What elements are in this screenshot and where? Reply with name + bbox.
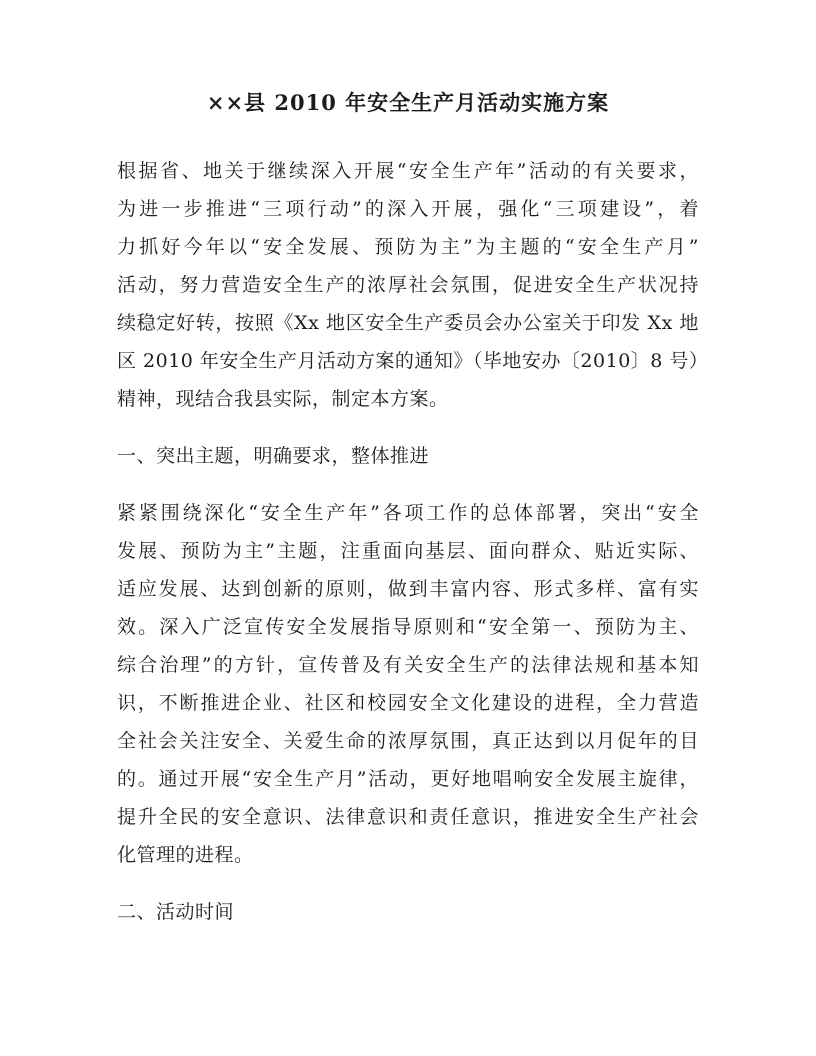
paragraph-line: 的。通过开展“安全生产月”活动，更好地唱响安全发展主旋律， xyxy=(117,760,699,798)
document-page: ××县 2010 年安全生产月活动实施方案 根据省、地关于继续深入开展“安全生产… xyxy=(0,0,816,1056)
paragraph-line: 力抓好今年以“安全发展、预防为主”为主题的“安全生产月” xyxy=(117,228,699,266)
paragraph-line: 为进一步推进“三项行动”的深入开展，强化“三项建设”，着 xyxy=(117,190,699,228)
paragraph-line: 全社会关注安全、关爱生命的浓厚氛围，真正达到以月促年的目 xyxy=(117,722,699,760)
paragraph-line: 效。深入广泛宣传安全发展指导原则和“安全第一、预防为主、 xyxy=(117,608,699,646)
section-heading-2: 二、活动时间 xyxy=(117,893,699,931)
paragraph-line: 续稳定好转，按照《Xx 地区安全生产委员会办公室关于印发 Xx 地 xyxy=(117,304,699,342)
paragraph-line: 发展、预防为主”主题，注重面向基层、面向群众、贴近实际、 xyxy=(117,532,699,570)
paragraph-line: 紧紧围绕深化“安全生产年”各项工作的总体部署，突出“安全 xyxy=(117,494,699,532)
paragraph-2: 紧紧围绕深化“安全生产年”各项工作的总体部署，突出“安全 发展、预防为主”主题，… xyxy=(117,494,699,874)
paragraph-line: 适应发展、达到创新的原则，做到丰富内容、形式多样、富有实 xyxy=(117,570,699,608)
paragraph-line: 活动，努力营造安全生产的浓厚社会氛围，促进安全生产状况持 xyxy=(117,266,699,304)
section-heading-1: 一、突出主题，明确要求，整体推进 xyxy=(117,437,699,475)
paragraph-line: 精神，现结合我县实际，制定本方案。 xyxy=(117,380,699,418)
paragraph-line: 提升全民的安全意识、法律意识和责任意识，推进安全生产社会 xyxy=(117,798,699,836)
paragraph-line: 化管理的进程。 xyxy=(117,836,699,874)
paragraph-line: 综合治理”的方针，宣传普及有关安全生产的法律法规和基本知 xyxy=(117,646,699,684)
paragraph-line: 根据省、地关于继续深入开展“安全生产年”活动的有关要求， xyxy=(117,152,699,190)
paragraph-line: 区 2010 年安全生产月活动方案的通知》（毕地安办〔2010〕8 号） xyxy=(117,342,699,380)
paragraph-line: 识，不断推进企业、社区和校园安全文化建设的进程，全力营造 xyxy=(117,684,699,722)
document-title: ××县 2010 年安全生产月活动实施方案 xyxy=(117,90,699,116)
paragraph-1: 根据省、地关于继续深入开展“安全生产年”活动的有关要求， 为进一步推进“三项行动… xyxy=(117,152,699,418)
